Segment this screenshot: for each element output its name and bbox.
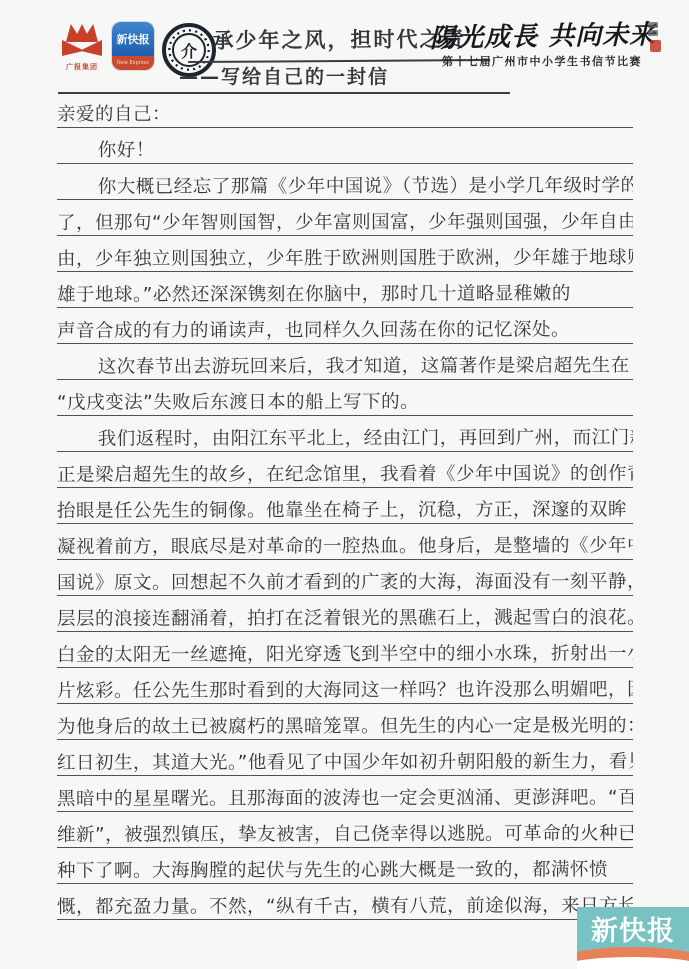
letter-line-text: 声音合成的有力的诵读声，也同样久久回荡在你的记忆深处。 (57, 321, 570, 344)
letter-line-text: 为他身后的故土已被腐朽的黑暗笼罩。但先生的内心一定是极光明的：“ (57, 717, 633, 740)
event-title: 第十七届广州市中小学生书信节比赛 (442, 53, 672, 69)
letter-line-text: 白金的太阳无一丝遮掩，阳光穿透飞到半空中的细小水珠，折射出一小 (57, 645, 633, 668)
letter-line: 层层的浪接连翻涌着，拍打在泛着银光的黑礁石上，溅起雪白的浪花。 (57, 596, 633, 632)
letter-line: “戊戌变法”失败后东渡日本的船上写下的。 (57, 380, 633, 416)
letter-line-text: 维新”，被强烈镇压，挚友被害，自己侥幸得以逃脱。可革命的火种已经 (57, 825, 633, 848)
letter-line: 黑暗中的星星曙光。且那海面的波涛也一定会更汹涌、更澎湃吧。“百日 (57, 776, 633, 812)
letter-line: 为他身后的故土已被腐朽的黑暗笼罩。但先生的内心一定是极光明的：“ (57, 704, 633, 740)
watermark-text: 新快报 (577, 909, 689, 948)
letter-line: 你好！ (57, 128, 633, 164)
letter-line: 声音合成的有力的诵读声，也同样久久回荡在你的记忆深处。 (57, 308, 633, 344)
letter-line-text: 抬眼是任公先生的铜像。他靠坐在椅子上，沉稳，方正，深邃的双眸 (57, 501, 627, 524)
letter-line-text: 我们返程时，由阳江东平北上，经由江门，再回到广州，而江门新会， (57, 429, 633, 452)
letter-line-text: 国说》原文。回想起不久前才看到的广袤的大海，海面没有一刻平静，一 (57, 573, 633, 596)
letter-line-text: 慨，都充盈力量。不然，“纵有千古，横有八荒，前途似海，来日方长。” (57, 897, 633, 920)
crown-shape (66, 24, 98, 42)
letter-line: 白金的太阳无一丝遮掩，阳光穿透飞到半空中的细小水珠，折射出一小 (57, 632, 633, 668)
letter-line-text: 种下了啊。大海胸膛的起伏与先生的心跳大概是一致的，都满怀愤 (57, 861, 608, 884)
calligraphy-banner: 陽光成長 共向未来 (430, 14, 656, 55)
letter-line-text: 这次春节出去游玩回来后，我才知道，这篇著作是梁启超先生在 (57, 357, 630, 380)
letter-line-text: “戊戌变法”失败后东渡日本的船上写下的。 (57, 393, 419, 415)
signature-mark (648, 22, 658, 28)
scanned-letter-page: 广报集团 新快报 New Express 介 承少年之风，担时代之责 ——写给自… (0, 0, 689, 969)
letter-line: 凝视着前方，眼底尽是对革命的一腔热血。他身后，是整墙的《少年中 (57, 524, 633, 560)
letter-line-text: 层层的浪接连翻涌着，拍打在泛着银光的黑礁石上，溅起雪白的浪花。 (57, 609, 633, 632)
letter-line-text: 亲爱的自己： (57, 105, 171, 127)
letter-line: 慨，都充盈力量。不然，“纵有千古，横有八荒，前途似海，来日方长。” (57, 884, 633, 920)
letter-line: 你大概已经忘了那篇《少年中国说》（节选）是小学几年级时学的 (57, 164, 633, 200)
watermark-ground (577, 957, 689, 969)
letter-line-text: 黑暗中的星星曙光。且那海面的波涛也一定会更汹涌、更澎湃吧。“百日 (57, 789, 633, 812)
signature-mark (648, 30, 658, 36)
letter-line: 了，但那句“少年智则国智，少年富则国富，少年强则国强，少年自由则国自 (57, 200, 633, 236)
letter-line-text: 雄于地球。”必然还深深镌刻在你脑中，那时几十道略显稚嫩的 (57, 285, 571, 308)
letter-line-text: 片炫彩。任公先生那时看到的大海同这一样吗？也许没那么明媚吧，因 (57, 681, 633, 704)
letter-line: 抬眼是任公先生的铜像。他靠坐在椅子上，沉稳，方正，深邃的双眸 (57, 488, 633, 524)
letter-line: 这次春节出去游玩回来后，我才知道，这篇著作是梁启超先生在 (57, 344, 633, 380)
letter-body: 亲爱的自己： 你好！ 你大概已经忘了那篇《少年中国说》（节选）是小学几年级时学的… (57, 92, 633, 920)
letter-line-text: 正是梁启超先生的故乡，在纪念馆里，我看着《少年中国说》的创作背景， (57, 465, 633, 488)
letter-line-text: 凝视着前方，眼底尽是对革命的一腔热血。他身后，是整墙的《少年中 (57, 537, 633, 560)
new-express-cn-label: 新快报 (112, 22, 154, 56)
letter-line: 由，少年独立则国独立，少年胜于欧洲则国胜于欧洲，少年雄于地球则国 (57, 236, 633, 272)
open-book-shape (62, 40, 102, 56)
red-seal-icon (650, 40, 661, 52)
letter-line-text: 你好！ (57, 141, 155, 163)
letter-line: 红日初生，其道大光。”他看见了中国少年如初升朝阳般的新生力，看见了 (57, 740, 633, 776)
letter-line: 雄于地球。”必然还深深镌刻在你脑中，那时几十道略显稚嫩的 (57, 272, 633, 308)
letter-line-text: 你大概已经忘了那篇《少年中国说》（节选）是小学几年级时学的 (57, 177, 633, 200)
letter-line-text: 由，少年独立则国独立，少年胜于欧洲则国胜于欧洲，少年雄于地球则国 (57, 249, 633, 272)
letter-line: 正是梁启超先生的故乡，在纪念馆里，我看着《少年中国说》的创作背景， (57, 452, 633, 488)
letter-line: 种下了啊。大海胸膛的起伏与先生的心跳大概是一致的，都满怀愤 (57, 848, 633, 884)
letter-line-text: 红日初生，其道大光。”他看见了中国少年如初升朝阳般的新生力，看见了 (57, 753, 633, 776)
letter-line: 亲爱的自己： (57, 92, 633, 128)
red-emblem-icon (62, 20, 102, 60)
letter-line: 片炫彩。任公先生那时看到的大海同这一样吗？也许没那么明媚吧，因 (57, 668, 633, 704)
letter-line: 国说》原文。回想起不久前才看到的广袤的大海，海面没有一刻平静，一 (57, 560, 633, 596)
letter-line: 维新”，被强烈镇压，挚友被害，自己侥幸得以逃脱。可革命的火种已经 (57, 812, 633, 848)
letter-line-text: 了，但那句“少年智则国智，少年富则国富，少年强则国强，少年自由则国自 (57, 213, 633, 236)
new-express-watermark-logo: 新快报 (577, 907, 689, 969)
letter-line: 我们返程时，由阳江东平北上，经由江门，再回到广州，而江门新会， (57, 416, 633, 452)
calligrapher-signature (648, 22, 660, 36)
